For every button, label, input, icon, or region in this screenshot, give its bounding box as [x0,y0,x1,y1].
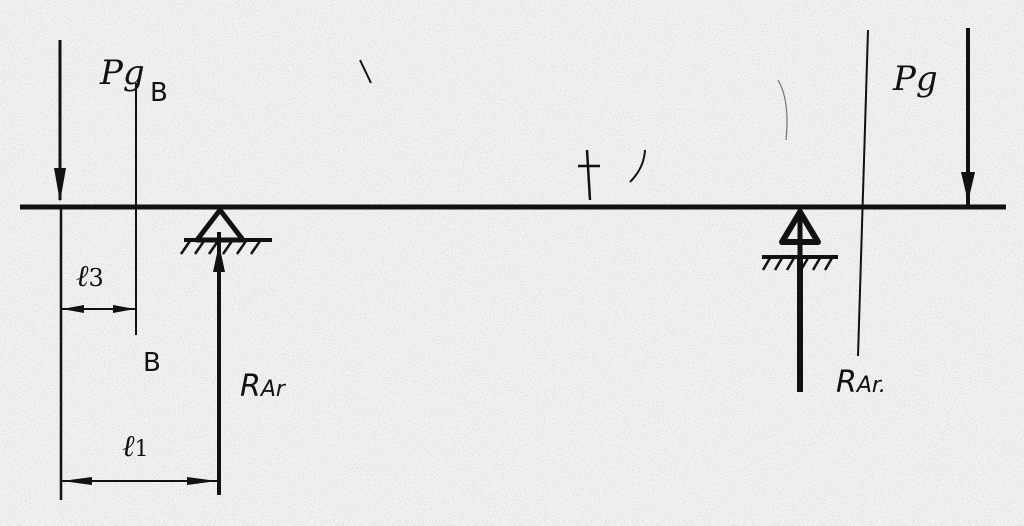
section-label-top: B [150,80,168,106]
reaction-left-main: R [240,369,261,404]
dimension-l1-main: ℓ [122,429,135,464]
reaction-right-main: R [836,365,857,400]
dimension-l3-sub: 3 [89,264,104,292]
reaction-left-label: RAr [240,372,285,402]
dimension-l1-sub: 1 [135,437,149,462]
load-right-label: Pg [893,62,938,96]
dimension-l3-label: ℓ3 [76,262,104,292]
reaction-left-sub: Ar [261,377,285,402]
beam-diagram: Pg B B ℓ3 ℓ1 RAr RAr. Pg [0,0,1024,526]
load-left-label: Pg [100,56,145,90]
section-label-bottom: B [143,350,161,376]
reaction-right-sub: Ar. [857,373,886,398]
reaction-right-label: RAr. [836,368,886,398]
dimension-l1-label: ℓ1 [122,432,149,462]
dimension-l3-main: ℓ [76,259,89,294]
